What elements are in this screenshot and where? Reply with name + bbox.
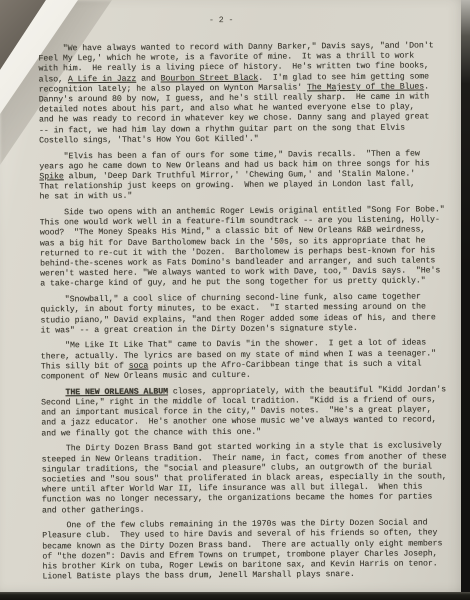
scan-edge-right xyxy=(461,0,470,600)
paragraph: "Elvis has been a fan of ours for some t… xyxy=(39,149,455,203)
typewritten-content: - 2 - "We have always wanted to record w… xyxy=(0,0,461,600)
text-line: he sat in with us." xyxy=(40,190,456,203)
text-line: a take-charge kind of guy, and he put th… xyxy=(40,277,456,290)
paragraph: Side two opens with an anthemic Roger Le… xyxy=(40,205,457,290)
text-line: Costello sings, 'That's How You Got Kill… xyxy=(39,133,455,146)
paragraphs: "We have always wanted to record with Da… xyxy=(38,41,458,588)
paragraph: One of the few clubs remaining in the 19… xyxy=(42,518,458,582)
paragraph: "Snowball," a cool slice of churning sec… xyxy=(40,292,456,336)
text-line: Lionel Batiste plays the bass drum, Jene… xyxy=(42,569,458,582)
paragraph: The Dirty Dozen Brass Band got started w… xyxy=(41,442,458,517)
page-number: - 2 - xyxy=(0,14,456,28)
text-line: it was" -- a great creation in the Dirty… xyxy=(41,323,457,336)
scan-edge-bottom xyxy=(0,592,470,600)
paragraph: THE NEW ORLEANS ALBUM closes, appropriat… xyxy=(41,385,457,439)
scan-background: - 2 - "We have always wanted to record w… xyxy=(0,0,470,600)
paragraph: "Me Like It Like That" came to Davis "in… xyxy=(41,339,457,383)
text-line: component of New Orleans music and cultu… xyxy=(41,369,457,382)
paragraph: "We have always wanted to record with Da… xyxy=(38,41,455,146)
